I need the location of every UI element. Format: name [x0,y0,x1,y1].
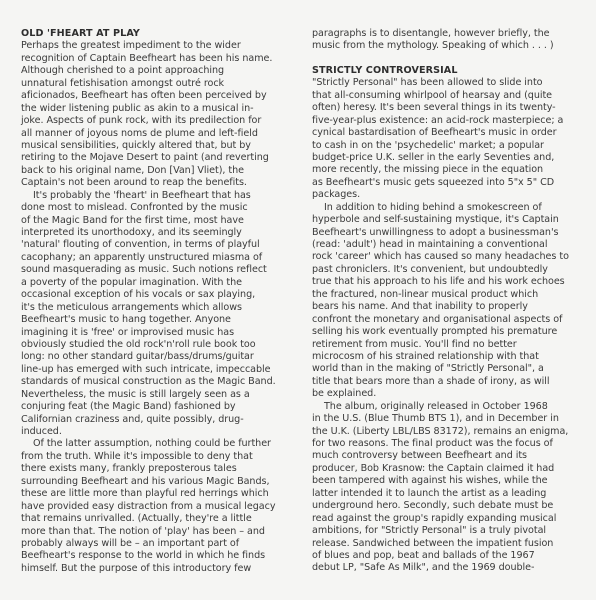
text-line: the wider listening public as akin to a … [21,103,291,115]
section-gap [312,53,582,65]
text-line: induced. [21,426,291,438]
text-line: Nevertheless, the music is still largely… [21,389,291,401]
right-column: paragraphs is to disentangle, however br… [312,28,582,575]
text-line: occasional exception of his vocals or sa… [21,289,291,301]
text-line: budget-price U.K. seller in the early Se… [312,152,582,164]
text-line: there exists many, frankly preposterous … [21,463,291,475]
text-line: all manner of joyous noms de plume and l… [21,128,291,140]
text-line: music from the mythology. Speaking of wh… [312,40,582,52]
paragraph: It's probably the 'fheart' in Beefheart … [21,190,291,439]
paragraph: In addition to hiding behind a smokescre… [312,202,582,401]
paragraph: Perhaps the greatest impediment to the w… [21,40,291,189]
text-line: been tampered with against his wishes, w… [312,475,582,487]
text-line: Of the latter assumption, nothing could … [21,438,291,450]
text-line: that remains unrivalled. (Actually, they… [21,513,291,525]
text-line: more than that. The notion of 'play' has… [21,526,291,538]
text-line: producer, Bob Krasnow: the Captain claim… [312,463,582,475]
text-line: long: no other standard guitar/bass/drum… [21,351,291,363]
text-line: it's the meticulous arrangements which a… [21,302,291,314]
text-line: have provided easy distraction from a mu… [21,501,291,513]
text-line: Although cherished to a point approachin… [21,65,291,77]
text-line: Californian craziness and, quite possibl… [21,414,291,426]
text-line: retiring to the Mojave Desert to paint (… [21,152,291,164]
text-line: obviously studied the old rock'n'roll ru… [21,339,291,351]
text-line: bears his name. And that inability to pr… [312,301,582,313]
text-line: unnatural fetishisation amongst outré ro… [21,78,291,90]
text-line: done most to mislead. Confronted by the … [21,202,291,214]
text-line: the U.K. (Liberty LBL/LBS 83172), remain… [312,426,582,438]
text-line: five-year-plus existence: an acid-rock m… [312,115,582,127]
text-line: true that his approach to his life and h… [312,276,582,288]
text-line: In addition to hiding behind a smokescre… [312,202,582,214]
text-line: be explained. [312,388,582,400]
text-line: of the Magic Band for the first time, mo… [21,215,291,227]
text-line: cynical bastardisation of Beefheart's mu… [312,127,582,139]
text-line: underground hero. Secondly, such debate … [312,500,582,512]
text-line: to cash in on the 'psychedelic' market; … [312,140,582,152]
text-line: "Strictly Personal" has been allowed to … [312,77,582,89]
text-line: rock 'career' which has caused so many h… [312,251,582,263]
text-line: retirement from music. You'll find no be… [312,339,582,351]
text-line: himself. But the purpose of this introdu… [21,563,291,575]
text-line: Captain's not been around to reap the be… [21,177,291,189]
text-line: latter intended it to launch the artist … [312,488,582,500]
text-line: that all-consuming whirlpool of hearsay … [312,90,582,102]
section-heading-old-fheart-at-play: OLD 'FHEART AT PLAY [21,28,291,40]
text-line: probably always will be – an important p… [21,538,291,550]
text-line: standards of musical construction as the… [21,376,291,388]
text-line: of blues and pop, beat and ballads of th… [312,550,582,562]
paragraph: The album, originally released in Octobe… [312,401,582,575]
text-line: musical sensibilities, quickly altered t… [21,140,291,152]
text-line: Beefheart's response to the world in whi… [21,550,291,562]
text-line: these are little more than playful red h… [21,488,291,500]
text-line: past chroniclers. It's convenient, but u… [312,264,582,276]
text-line: a poverty of the popular imagination. Wi… [21,277,291,289]
text-line: more recently, the missing piece in the … [312,164,582,176]
text-line: aficionados, Beefheart has often been pe… [21,90,291,102]
section-heading-strictly-controversial: STRICTLY CONTROVERSIAL [312,65,582,77]
text-line: surrounding Beefheart and his various Ma… [21,476,291,488]
text-line: as Beefheart's music gets squeezed into … [312,177,582,189]
text-line: paragraphs is to disentangle, however br… [312,28,582,40]
text-line: in the U.S. (Blue Thumb BTS 1), and in D… [312,413,582,425]
text-line: microcosm of his strained relationship w… [312,351,582,363]
left-column: OLD 'FHEART AT PLAY Perhaps the greatest… [21,28,291,575]
text-line: packages. [312,189,582,201]
text-line: selling his work eventually prompted his… [312,326,582,338]
text-line: read against the group's rapidly expandi… [312,513,582,525]
text-line: conjuring feat (the Magic Band) fashione… [21,401,291,413]
text-line: cacophany; an apparently unstructured mi… [21,252,291,264]
text-line: back to his original name, Don [Van] Vli… [21,165,291,177]
text-line: from the truth. While it's impossible to… [21,451,291,463]
continuation-paragraph: paragraphs is to disentangle, however br… [312,28,582,53]
paragraph: "Strictly Personal" has been allowed to … [312,77,582,201]
text-line: Beefheart's unwillingness to adopt a bus… [312,227,582,239]
text-line: recognition of Captain Beefheart has bee… [21,53,291,65]
text-line: title that bears more than a shade of ir… [312,376,582,388]
text-line: much controversy between Beefheart and i… [312,450,582,462]
text-line: confront the monetary and organisational… [312,314,582,326]
text-line: debut LP, "Safe As Milk", and the 1969 d… [312,562,582,574]
text-line: sound masquerading as music. Such notion… [21,264,291,276]
text-line: It's probably the 'fheart' in Beefheart … [21,190,291,202]
text-line: world than in the making of "Strictly Pe… [312,363,582,375]
right-paragraphs: "Strictly Personal" has been allowed to … [312,77,582,575]
text-line: for two reasons. The final product was t… [312,438,582,450]
text-line: Perhaps the greatest impediment to the w… [21,40,291,52]
text-line: ambitions, for "Strictly Personal" is a … [312,525,582,537]
text-line: Beefheart's music to hang together. Anyo… [21,314,291,326]
text-line: often) heresy. It's been several things … [312,102,582,114]
text-line: hyperbole and self-sustaining mystique, … [312,214,582,226]
text-line: joke. Aspects of punk rock, with its pre… [21,115,291,127]
text-line: 'natural' flouting of convention, in ter… [21,239,291,251]
text-line: (read: 'adult') head in maintaining a co… [312,239,582,251]
text-line: release. Sandwiched between the impatien… [312,538,582,550]
left-paragraphs: Perhaps the greatest impediment to the w… [21,40,291,575]
text-line: the fractured, non-linear musical produc… [312,289,582,301]
text-line: imagining it is 'free' or improvised mus… [21,327,291,339]
text-line: interpreted its unorthodoxy, and its see… [21,227,291,239]
paragraph: Of the latter assumption, nothing could … [21,438,291,575]
text-line: line-up has emerged with such intricate,… [21,364,291,376]
text-line: The album, originally released in Octobe… [312,401,582,413]
document-page: OLD 'FHEART AT PLAY Perhaps the greatest… [0,0,596,600]
